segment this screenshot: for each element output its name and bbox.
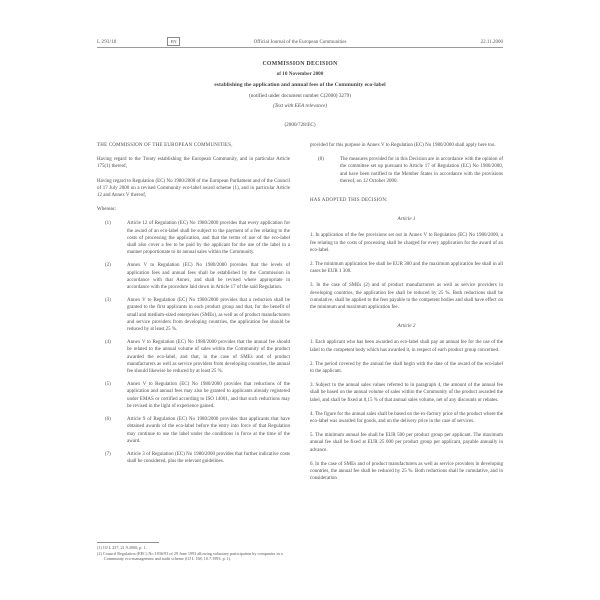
recital-number: (3): [97, 297, 127, 333]
issue-date: 22.11.2000: [481, 40, 503, 45]
document-scan: L 293/18 EN Official Journal of the Euro…: [0, 0, 600, 600]
opening-formula: THE COMMISSION OF THE EUROPEAN COMMUNITI…: [97, 142, 290, 149]
whereas-label: Whereas:: [97, 206, 290, 213]
recital-3: (3) Annex V to Regulation (EC) No 1980/2…: [97, 297, 290, 333]
recital-4: (4) Annex V to Regulation (EC) No 1980/2…: [97, 339, 290, 375]
page-header: L 293/18 EN Official Journal of the Euro…: [97, 36, 503, 46]
recital-text: Annex V to Regulation (EC) No 1980/2000 …: [127, 381, 290, 410]
act-number-line: (2000/728/EC): [97, 122, 503, 128]
article-2-paragraph-2: 2. The period covered by the annual fee …: [310, 361, 503, 375]
act-subject-line: establishing the application and annual …: [97, 82, 503, 88]
article-1-paragraph-3: 3. In the case of SMEs (2) and of produc…: [310, 282, 503, 311]
article-1-paragraph-2: 2. The minimum application fee shall be …: [310, 261, 503, 275]
act-date-line: of 10 November 2000: [97, 71, 503, 77]
recital-5: (5) Annex V to Regulation (EC) No 1980/2…: [97, 381, 290, 410]
recital-number: (8): [310, 156, 340, 185]
recital-6: (6) Article 9 of Regulation (EC) No 1980…: [97, 416, 290, 445]
left-column: THE COMMISSION OF THE EUROPEAN COMMUNITI…: [97, 142, 290, 562]
article-2-paragraph-5: 5. The minimum annual fee shall be EUR 5…: [310, 432, 503, 454]
document-page: L 293/18 EN Official Journal of the Euro…: [97, 36, 503, 562]
recital-7: (7) Article 3 of Regulation (EC) No 1980…: [97, 451, 290, 465]
right-column: provided for this purpose in Annex V to …: [310, 142, 503, 562]
recital-text: Annex V to Regulation (EC) No 1980/2000 …: [127, 262, 290, 291]
recital-8: (8) The measures provided for in this De…: [310, 156, 503, 185]
footnotes-block: (1) OJ L 237, 21.9.2000, p. 1. (2) Counc…: [97, 542, 290, 562]
recital-text: Annex V to Regulation (EC) No 1980/2000 …: [127, 297, 290, 333]
recital-number: (2): [97, 262, 127, 291]
footnote-rule: [97, 542, 159, 543]
recital-1: (1) Article 12 of Regulation (EC) No 198…: [97, 220, 290, 256]
recital-number: (5): [97, 381, 127, 410]
recital-text: Article 3 of Regulation (EC) No 1980/200…: [127, 451, 290, 465]
recital-text: Article 12 of Regulation (EC) No 1980/20…: [127, 220, 290, 256]
citation-1: Having regard to the Treaty establishing…: [97, 156, 290, 170]
recital-2: (2) Annex V to Regulation (EC) No 1980/2…: [97, 262, 290, 291]
recital-text: The measures provided for in this Decisi…: [340, 156, 503, 185]
continuation-paragraph: provided for this purpose in Annex V to …: [310, 142, 503, 149]
article-2-paragraph-6: 6. In the case of SMEs and of product ma…: [310, 461, 503, 483]
article-2-heading: Article 2: [310, 323, 503, 330]
article-1-heading: Article 1: [310, 216, 503, 223]
article-2-paragraph-3: 3. Subject to the annual sales values re…: [310, 382, 503, 404]
article-2-paragraph-4: 4. The figure for the annual sales shall…: [310, 411, 503, 425]
oj-page-reference: L 293/18: [97, 40, 117, 45]
recital-number: (4): [97, 339, 127, 375]
article-1-paragraph-1: 1. In application of the fee provisions …: [310, 232, 503, 254]
recital-number: (7): [97, 451, 127, 465]
language-code-box: EN: [167, 37, 180, 46]
article-2-paragraph-1: 1. Each applicant who has been awarded a…: [310, 339, 503, 353]
recital-text: Annex V to Regulation (EC) No 1980/2000 …: [127, 339, 290, 375]
journal-title: Official Journal of the European Communi…: [254, 40, 347, 45]
enacting-formula: HAS ADOPTED THIS DECISION:: [310, 197, 503, 204]
notification-line: (notified under document number C(2000) …: [97, 93, 503, 99]
eea-relevance-line: (Text with EEA relevance): [97, 103, 503, 109]
act-type-title: COMMISSION DECISION: [97, 61, 503, 67]
header-rule: [97, 47, 503, 48]
title-block: COMMISSION DECISION of 10 November 2000 …: [97, 61, 503, 128]
body-columns: THE COMMISSION OF THE EUROPEAN COMMUNITI…: [97, 142, 503, 562]
citation-2: Having regard to Regulation (EC) No 1980…: [97, 178, 290, 200]
recital-number: (6): [97, 416, 127, 445]
footnote-2: (2) Council Regulation (EEC) No 1836/93 …: [97, 551, 290, 562]
recital-number: (1): [97, 220, 127, 256]
recital-text: Article 9 of Regulation (EC) No 1980/200…: [127, 416, 290, 445]
